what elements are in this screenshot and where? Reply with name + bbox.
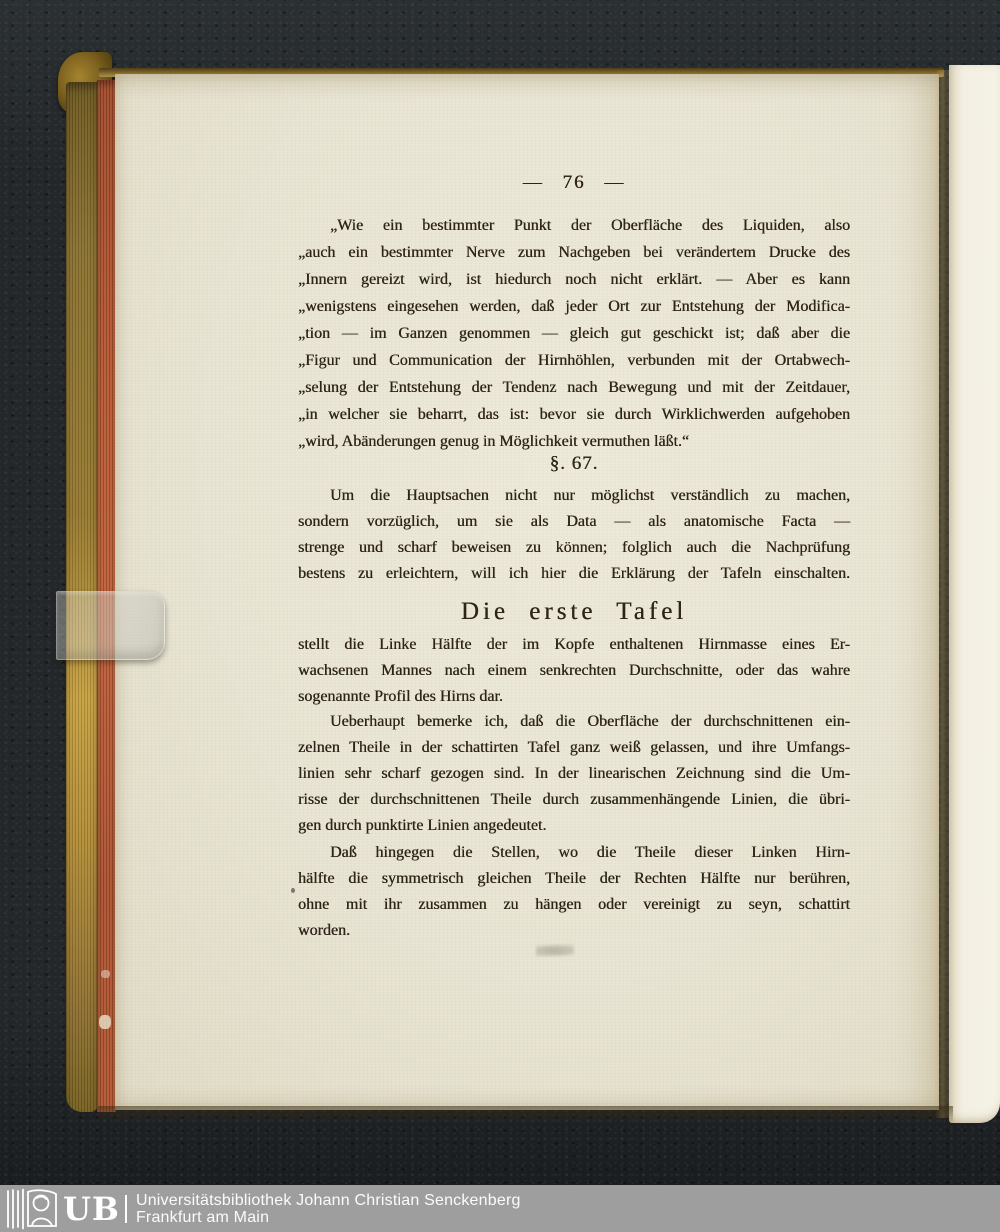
paragraph-line: sogenannte Profil des Hirns dar. (298, 684, 850, 710)
ink-dot (291, 888, 295, 893)
paragraph-line: „auch ein bestimmter Nerve zum Nachgeben… (298, 239, 850, 266)
section-paragraph: Um die Hauptsachen nicht nur möglichst v… (298, 483, 850, 587)
goethe-portrait-icon (5, 1188, 61, 1230)
paragraph-line: worden. (298, 918, 850, 944)
paragraph-line: zelnen Theile in der schattirten Tafel g… (298, 735, 850, 761)
paragraph-line: „tion — im Ganzen genommen — gleich gut … (298, 320, 850, 347)
page-bottom-shadow (98, 1106, 953, 1124)
tafel-paragraph-3: Daß hingegen die Stellen, wo die Theile … (298, 840, 850, 944)
tafel-paragraph-1: stellt die Linke Hälfte der im Kopfe ent… (298, 632, 850, 710)
library-name: Universitätsbibliothek Johann Christian … (136, 1192, 521, 1209)
paragraph-line: „Wie ein bestimmter Punkt der Oberfläche… (298, 212, 850, 239)
page-number: — 76 — (298, 172, 850, 194)
paragraph-line: risse der durchschnittenen Theile durch … (298, 787, 850, 813)
section-mark: §. 67. (298, 453, 850, 475)
paragraph-line: bestens zu erleichtern, will ich hier di… (298, 561, 850, 587)
paragraph-line: ohne mit ihr zusammen zu hängen oder ver… (298, 892, 850, 918)
paragraph-line: linien sehr scharf gezogen sind. In der … (298, 761, 850, 787)
quote-paragraph: „Wie ein bestimmter Punkt der Oberfläche… (298, 212, 850, 455)
paragraph-line: „wird, Abänderungen genug in Möglichkeit… (298, 428, 850, 455)
paragraph-line: „selung der Entstehung der Tendenz nach … (298, 374, 850, 401)
paint-chip (99, 1015, 111, 1029)
paint-chip (101, 970, 110, 978)
logo-divider (125, 1195, 127, 1223)
paragraph-line: sondern vorzüglich, um sie als Data — al… (298, 509, 850, 535)
paragraph-line: „Figur und Communication der Hirnhöhlen,… (298, 347, 850, 374)
paragraph-line: „Innern gereizt wird, ist hiedurch noch … (298, 266, 850, 293)
paragraph-line: Ueberhaupt bemerke ich, daß die Oberfläc… (298, 709, 850, 735)
library-location: Frankfurt am Main (136, 1209, 521, 1226)
paragraph-line: wachsenen Mannes nach einem senkrechten … (298, 658, 850, 684)
page-holder-tab (56, 591, 165, 660)
ub-logo-text: UB (63, 1193, 120, 1225)
adjacent-page-edge (949, 65, 1000, 1123)
library-caption: Universitätsbibliothek Johann Christian … (136, 1192, 521, 1226)
tafel-paragraph-2: Ueberhaupt bemerke ich, daß die Oberfläc… (298, 709, 850, 839)
paragraph-line: hälfte die symmetrisch gleichen Theile d… (298, 866, 850, 892)
paragraph-line: „in welcher sie beharrt, das ist: bevor … (298, 401, 850, 428)
tafel-heading: Die erste Tafel (298, 598, 850, 626)
paragraph-line: „wenigstens eingesehen werden, daß jeder… (298, 293, 850, 320)
paragraph-line: gen durch punktirte Linien angedeutet. (298, 813, 850, 839)
pencil-mark (536, 944, 574, 957)
scanned-book-photo: — 76 — „Wie ein bestimmter Punkt der Obe… (0, 0, 1000, 1232)
paragraph-line: strenge und scharf beweisen zu können; f… (298, 535, 850, 561)
paragraph-line: Um die Hauptsachen nicht nur möglichst v… (298, 483, 850, 509)
paragraph-line: stellt die Linke Hälfte der im Kopfe ent… (298, 632, 850, 658)
paragraph-line: Daß hingegen die Stellen, wo die Theile … (298, 840, 850, 866)
library-banner: UB Universitätsbibliothek Johann Christi… (0, 1185, 1000, 1232)
ub-logo: UB (0, 1185, 136, 1232)
